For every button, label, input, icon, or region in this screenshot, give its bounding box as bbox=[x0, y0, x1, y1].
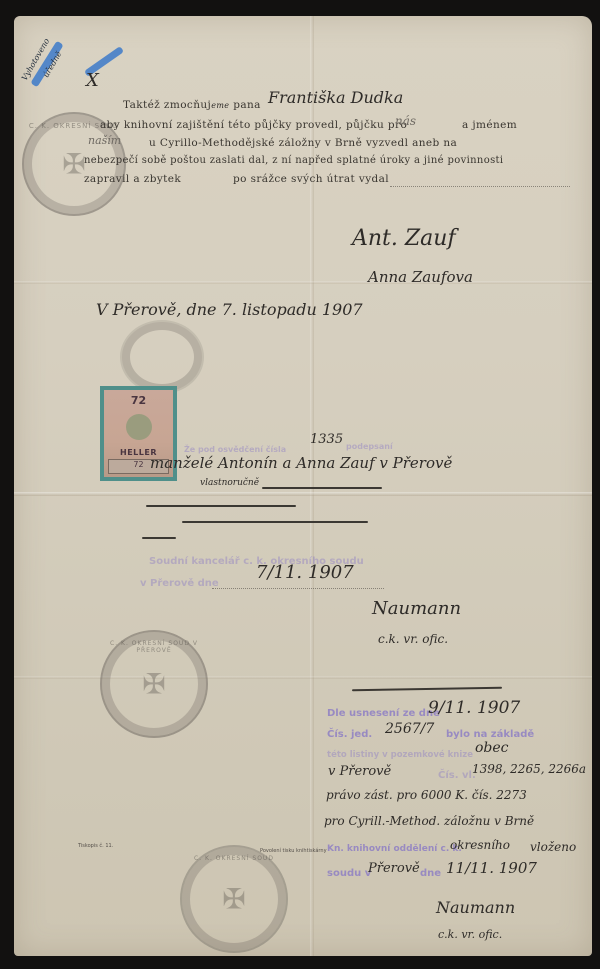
signature: Ant. Zauf bbox=[352, 226, 456, 251]
fold-line bbox=[14, 492, 592, 496]
registry-label: Dle usnesení ze dne bbox=[327, 708, 440, 719]
eagle-emblem-icon: ✠ bbox=[222, 883, 245, 916]
text-line: aby knihovní zajištění této půjčky prove… bbox=[100, 119, 407, 131]
printer-note: Povolení tisku knihtiskárny bbox=[260, 848, 327, 854]
handwritten-line: manželé Antonín a Anna Zauf v Přerově bbox=[150, 454, 452, 472]
text-line: u Cyrillo-Methodějské záložny v Brně vyz… bbox=[149, 137, 457, 149]
registry-label: této listiny v pozemkové knize bbox=[327, 750, 473, 760]
registry-label: Čís. vl. bbox=[438, 770, 476, 781]
registry-number: 2567/7 bbox=[385, 721, 434, 737]
court-seal: C. K. OKRESNÍ SOUD V PŘEROVĚ ✠ bbox=[100, 630, 208, 738]
marginal-cross-mark: Ⅹ bbox=[86, 70, 99, 91]
registry-court: okresního bbox=[450, 838, 510, 852]
strike-line bbox=[182, 521, 368, 523]
fill-line bbox=[212, 588, 384, 589]
text-line: nebezpečí sobě poštou zaslati dal, z ní … bbox=[84, 155, 503, 166]
registry-place: v Přerově bbox=[328, 764, 391, 779]
registry-label: soudu v bbox=[327, 868, 371, 879]
print-form-number: Tiskopis č. 11. bbox=[78, 843, 113, 849]
official-signature: Naumann bbox=[372, 598, 461, 619]
handwritten-field: naším bbox=[88, 134, 121, 147]
registry-label: bylo na základě bbox=[446, 729, 534, 740]
registry-label: Kn. knihovní oddělení c. k. bbox=[327, 844, 462, 854]
place-date: V Přerově, dne 7. listopadu 1907 bbox=[96, 300, 363, 319]
registry-date: 11/11. 1907 bbox=[446, 859, 537, 877]
handwritten-number: 1335 bbox=[310, 432, 343, 447]
court-date: 7/11. 1907 bbox=[256, 562, 354, 583]
text-line: a jménem bbox=[462, 119, 517, 131]
registry-entry: právo zást. pro 6000 K. čís. 2273 bbox=[326, 788, 527, 802]
official-title: c.k. vr. ofic. bbox=[438, 928, 502, 941]
eagle-emblem-icon: ✠ bbox=[62, 148, 85, 181]
registry-label: dne bbox=[420, 868, 441, 879]
signature: Anna Zaufova bbox=[368, 268, 473, 286]
text-line: Taktéž zmocňujeme pana bbox=[123, 99, 261, 111]
fill-line bbox=[390, 186, 570, 187]
strike-line bbox=[142, 537, 176, 539]
stamp-value: 72 bbox=[104, 390, 173, 407]
text-line: po srážce svých útrat vydal bbox=[233, 173, 389, 185]
registry-entry: pro Cyrill.-Method. záložnu v Brně bbox=[324, 814, 534, 828]
strike-line bbox=[146, 505, 296, 507]
text-line: zapravil a zbytek bbox=[84, 173, 181, 185]
eagle-emblem-icon: ✠ bbox=[142, 668, 165, 701]
fold-line bbox=[14, 281, 592, 284]
registry-date: 9/11. 1907 bbox=[428, 698, 520, 718]
official-title: c.k. vr. ofic. bbox=[378, 632, 448, 646]
handwritten-name: Františka Dudka bbox=[268, 88, 403, 107]
printed-label: podepsaní bbox=[346, 442, 393, 451]
strike-line bbox=[262, 487, 382, 489]
faint-seal bbox=[120, 320, 204, 394]
crest-icon bbox=[126, 414, 152, 440]
registry-municipality: obec bbox=[475, 740, 509, 756]
handwritten-field: nás bbox=[395, 114, 416, 128]
official-signature: Naumann bbox=[436, 898, 515, 917]
court-seal: C. K. OKRESNÍ SOUD ✠ bbox=[180, 845, 288, 953]
court-date-label: v Přerově dne bbox=[140, 578, 219, 589]
registry-label: Čís. jed. bbox=[327, 729, 372, 740]
registry-place: Přerově bbox=[368, 861, 420, 876]
registry-status: vloženo bbox=[530, 840, 576, 854]
printed-label: Že pod osvědčení čísla bbox=[184, 445, 286, 454]
handwritten-line: vlastnoručně bbox=[200, 478, 259, 488]
registry-parcels: 1398, 2265, 2266a bbox=[472, 762, 586, 776]
